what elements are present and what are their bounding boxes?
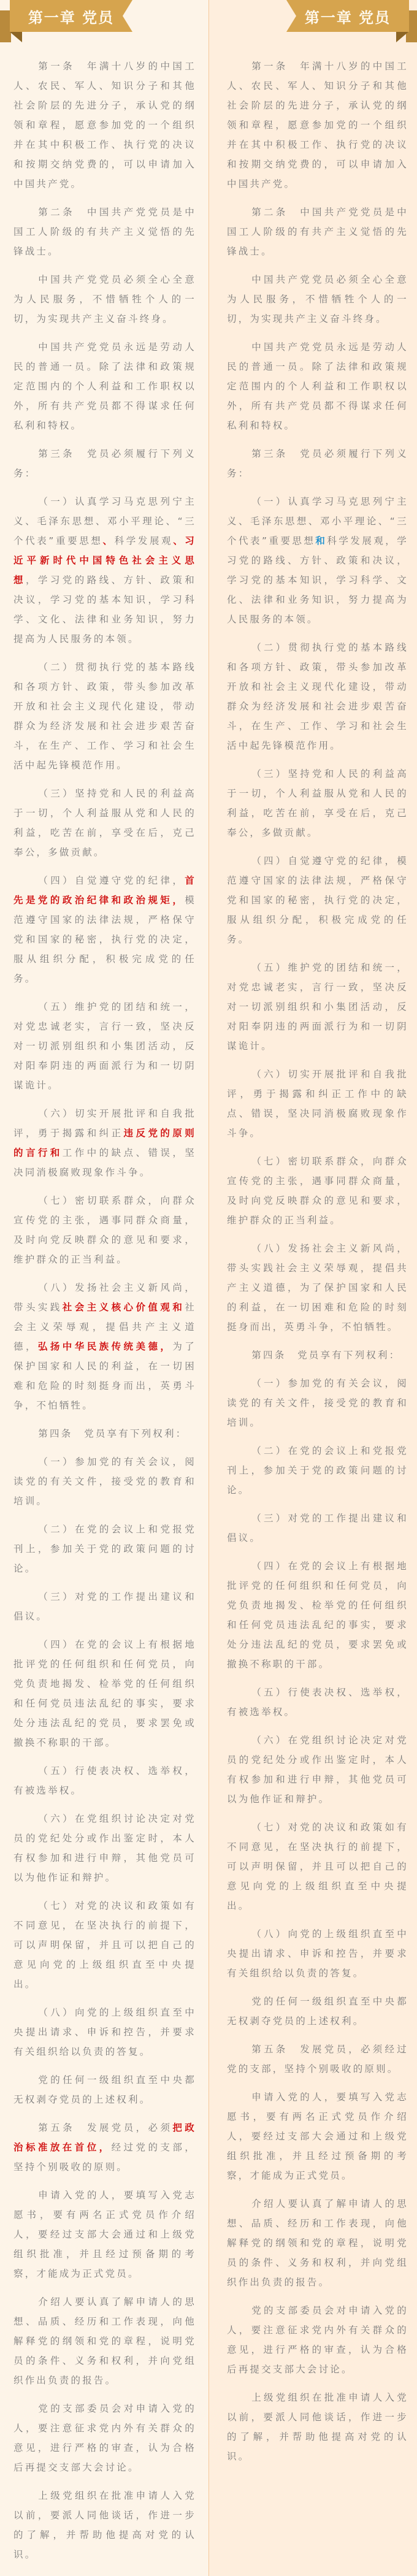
paragraph: 第二条 中国共产党党员是中国工人阶级的有共产主义觉悟的先锋战士。: [227, 202, 408, 261]
text-segment: 介绍人要认真了解申请人的思想、品质、经历和工作表现，向他解释党的纲领和党的章程，…: [13, 2296, 196, 2386]
text-segment: （八）向党的上级组织直至中央提出请求、申诉和控告，并要求有关组织给以负责的答复。: [13, 2007, 196, 2057]
text-segment: 第四条 党员享有下列权利：: [251, 1350, 400, 1361]
text-segment: （三）对党的工作提出建议和倡议。: [227, 1513, 408, 1543]
paragraph: 上级党组织在批准申请人入党以前，要派人同他谈话，作进一步的了解，并帮助他提高对党…: [13, 2486, 196, 2564]
ribbon-fold: [396, 32, 408, 42]
text-segment: 党的任何一级组织直至中央都无权剥夺党员的上述权利。: [227, 1996, 408, 2027]
text-segment: （六）在党组织讨论决定对党员的党纪处分或作出鉴定时，本人有权参加和进行申辩，其他…: [227, 1735, 408, 1805]
text-segment: 中国共产党党员必须全心全意为人民服务，不惜牺牲个人的一切，为实现共产主义奋斗终身…: [227, 274, 408, 324]
paragraph: 第一条 年满十八岁的中国工人、农民、军人、知识分子和其他社会阶层的先进分子，承认…: [13, 56, 196, 194]
chapter-ribbon: 第一章 党员: [0, 0, 208, 43]
added-text: 社会主义核心价值观和: [63, 1302, 185, 1313]
paragraph: （七）对党的决议和政策如有不同意见，在坚决执行的前提下，可以声明保留，并且可以把…: [227, 1817, 408, 1916]
paragraph: （七）对党的决议和政策如有不同意见，在坚决执行的前提下，可以声明保留，并且可以把…: [13, 1896, 196, 1994]
paragraph: 中国共产党党员必须全心全意为人民服务，不惜牺牲个人的一切，为实现共产主义奋斗终身…: [227, 270, 408, 329]
paragraph: （六）在党组织讨论决定对党员的党纪处分或作出鉴定时，本人有权参加和进行申辩，其他…: [227, 1730, 408, 1809]
text-segment: 第五条 发展党员，必须: [38, 2122, 172, 2133]
paragraph: （六）切实开展批评和自我批评，勇于揭露和纠正违反党的原则的言行和工作中的缺点、错…: [13, 1104, 196, 1182]
text-segment: （七）对党的决议和政策如有不同意见，在坚决执行的前提下，可以声明保留，并且可以把…: [13, 1900, 196, 1990]
paragraph: （七）密切联系群众，向群众宣传党的主张，遇事同群众商量，及时向党反映群众的意见和…: [227, 1152, 408, 1230]
paragraph: （四）在党的会议上有根据地批评党的任何组织和任何党员，向党负责地揭发、检举党的任…: [13, 1635, 196, 1752]
text-segment: 上级党组织在批准申请人入党以前，要派人同他谈话，作进一步的了解，并帮助他提高对党…: [227, 2392, 408, 2462]
text-segment: （三）对党的工作提出建议和倡议。: [13, 1591, 196, 1622]
paragraph: 介绍人要认真了解申请人的思想、品质、经历和工作表现，向他解释党的纲领和党的章程，…: [13, 2292, 196, 2390]
paragraph: （二）在党的会议上和党报党刊上，参加关于党的政策问题的讨论。: [13, 1519, 196, 1578]
paragraph: （八）发扬社会主义新风尚，带头实践社会主义核心价值观和社会主义荣辱观，提倡共产主…: [13, 1278, 196, 1415]
paragraph: （六）切实开展批评和自我批评，勇于揭露和纠正工作中的缺点、错误，坚决同消极腐败现…: [227, 1064, 408, 1143]
paragraph: 上级党组织在批准申请人入党以前，要派人同他谈话，作进一步的了解，并帮助他提高对党…: [227, 2388, 408, 2466]
paragraph: 党的任何一级组织直至中央都无权剥夺党员的上述权利。: [13, 2070, 196, 2109]
paragraph: （一）认真学习马克思列宁主义、毛泽东思想、邓小平理论、“三个代表”重要思想和科学…: [227, 492, 408, 629]
paragraph: （四）自觉遵守党的纪律，模范遵守国家的法律法规，严格保守党和国家的秘密，执行党的…: [227, 851, 408, 949]
chapter-title: 第一章 党员: [286, 0, 409, 32]
left-column-new-version: 第一章 党员 第一条 年满十八岁的中国工人、农民、军人、知识分子和其他社会阶层的…: [0, 0, 208, 2576]
text-segment: （五）维护党的团结和统一，对党忠诚老实，言行一致，坚决反对一切派别组织和小集团活…: [13, 1001, 196, 1091]
paragraph: （一）参加党的有关会议，阅读党的有关文件，接受党的教育和培训。: [13, 1452, 196, 1511]
text-segment: （七）对党的决议和政策如有不同意见，在坚决执行的前提下，可以声明保留，并且可以把…: [227, 1822, 408, 1911]
text-segment: 中国共产党党员永远是劳动人民的普通一员。除了法律和政策规定范围内的个人利益和工作…: [13, 342, 196, 431]
text-segment: 模范遵守国家的法律法规，严格保守党和国家的秘密，执行党的决定，服从组织分配，积极…: [13, 895, 196, 984]
article-text: 第一条 年满十八岁的中国工人、农民、军人、知识分子和其他社会阶层的先进分子，承认…: [209, 43, 417, 2466]
paragraph: 第四条 党员享有下列权利：: [227, 1345, 408, 1365]
chapter-title: 第一章 党员: [10, 0, 132, 32]
text-segment: 党的任何一级组织直至中央都无权剥夺党员的上述权利。: [13, 2074, 196, 2105]
text-segment: 第一条 年满十八岁的中国工人、农民、军人、知识分子和其他社会阶层的先进分子，承认…: [13, 61, 196, 189]
text-segment: 申请入党的人，要填写入党志愿书，要有两名正式党员作介绍人，要经过支部大会通过和上…: [227, 2092, 408, 2181]
paragraph: （一）参加党的有关会议，阅读党的有关文件，接受党的教育和培训。: [227, 1374, 408, 1432]
paragraph: 第五条 发展党员，必须把政治标准放在首位，经过党的支部，坚持个别吸收的原则。: [13, 2118, 196, 2177]
paragraph: 党的支部委员会对申请入党的人，要注意征求党内外有关群众的意见，进行严格的审查，认…: [227, 2301, 408, 2379]
text-segment: 第二条 中国共产党党员是中国工人阶级的有共产主义觉悟的先锋战士。: [13, 207, 196, 257]
comparison-page: 第一章 党员 第一条 年满十八岁的中国工人、农民、军人、知识分子和其他社会阶层的…: [0, 0, 417, 2576]
paragraph: （七）密切联系群众，向群众宣传党的主张，遇事同群众商量，及时向党反映群众的意见和…: [13, 1191, 196, 1269]
text-segment: （二）贯彻执行党的基本路线和各项方针、政策，带头参加改革开放和社会主义现代化建设…: [13, 662, 196, 771]
paragraph: （四）在党的会议上有根据地批评党的任何组织和任何党员，向党负责地揭发、检举党的任…: [227, 1556, 408, 1674]
added-text: 弘扬中华民族传统美德，: [38, 1341, 172, 1352]
text-segment: （七）密切联系群众，向群众宣传党的主张，遇事同群众商量，及时向党反映群众的意见和…: [227, 1156, 408, 1226]
paragraph: （三）对党的工作提出建议和倡议。: [13, 1587, 196, 1626]
ribbon-fold: [10, 32, 22, 42]
text-segment: 第五条 发展党员，必须经过党的支部，坚持个别吸收的原则。: [227, 2044, 408, 2074]
paragraph: 介绍人要认真了解申请人的思想、品质、经历和工作表现，向他解释党的纲领和党的章程，…: [227, 2194, 408, 2292]
text-segment: 第一条 年满十八岁的中国工人、农民、军人、知识分子和其他社会阶层的先进分子，承认…: [227, 61, 408, 189]
paragraph: 党的任何一级组织直至中央都无权剥夺党员的上述权利。: [227, 1992, 408, 2031]
paragraph: （二）贯彻执行党的基本路线和各项方针、政策，带头参加改革开放和社会主义现代化建设…: [227, 638, 408, 755]
text-segment: （八）发扬社会主义新风尚，带头实践社会主义荣辱观，提倡共产主义道德，为了保护国家…: [227, 1243, 408, 1332]
text-segment: （五）行使表决权、选举权，有被选举权。: [227, 1687, 408, 1718]
paragraph: 第三条 党员必须履行下列义务：: [13, 444, 196, 483]
text-segment: （四）自觉遵守党的纪律，: [38, 875, 185, 886]
text-segment: （二）贯彻执行党的基本路线和各项方针、政策，带头参加改革开放和社会主义现代化建设…: [227, 642, 408, 751]
paragraph: （五）行使表决权、选举权，有被选举权。: [13, 1761, 196, 1800]
text-segment: （七）密切联系群众，向群众宣传党的主张，遇事同群众商量，及时向党反映群众的意见和…: [13, 1195, 196, 1265]
paragraph: （二）贯彻执行党的基本路线和各项方针、政策，带头参加改革开放和社会主义现代化建设…: [13, 657, 196, 775]
text-segment: （五）行使表决权、选举权，有被选举权。: [13, 1765, 196, 1796]
removed-text: 和: [315, 535, 327, 546]
text-segment: 科学发展观: [115, 535, 174, 546]
paragraph: 中国共产党党员永远是劳动人民的普通一员。除了法律和政策规定范围内的个人利益和工作…: [227, 337, 408, 435]
text-segment: 申请入党的人，要填写入党志愿书，要有两名正式党员作介绍人，要经过支部大会通过和上…: [13, 2190, 196, 2279]
text-segment: 介绍人要认真了解申请人的思想、品质、经历和工作表现，向他解释党的纲领和党的章程，…: [227, 2198, 408, 2288]
added-text: 、: [102, 535, 114, 546]
text-segment: 上级党组织在批准申请人入党以前，要派人同他谈话，作进一步的了解，并帮助他提高对党…: [13, 2490, 196, 2560]
paragraph: （六）在党组织讨论决定对党员的党纪处分或作出鉴定时，本人有权参加和进行申辩，其他…: [13, 1809, 196, 1887]
paragraph: （五）维护党的团结和统一，对党忠诚老实，言行一致，坚决反对一切派别组织和小集团活…: [227, 958, 408, 1056]
text-segment: （六）在党组织讨论决定对党员的党纪处分或作出鉴定时，本人有权参加和进行申辩，其他…: [13, 1813, 196, 1883]
text-segment: （一）参加党的有关会议，阅读党的有关文件，接受党的教育和培训。: [13, 1456, 196, 1507]
text-segment: 科学发展观，学习党的路线、方针、政策和决议，学习党的基本知识，学习科学、文化、法…: [227, 535, 408, 625]
text-segment: （二）在党的会议上和党报党刊上，参加关于党的政策问题的讨论。: [13, 1524, 196, 1574]
text-segment: 第四条 党员享有下列权利：: [38, 1428, 187, 1439]
paragraph: 第五条 发展党员，必须经过党的支部，坚持个别吸收的原则。: [227, 2039, 408, 2079]
paragraph: （三）坚持党和人民的利益高于一切，个人利益服从党和人民的利益，吃苦在前，享受在后…: [227, 764, 408, 843]
paragraph: 第三条 党员必须履行下列义务：: [227, 444, 408, 483]
paragraph: （五）行使表决权、选举权，有被选举权。: [227, 1683, 408, 1722]
paragraph: 第二条 中国共产党党员是中国工人阶级的有共产主义觉悟的先锋战士。: [13, 202, 196, 261]
text-segment: （四）在党的会议上有根据地批评党的任何组织和任何党员，向党负责地揭发、检举党的任…: [227, 1561, 408, 1670]
text-segment: （一）参加党的有关会议，阅读党的有关文件，接受党的教育和培训。: [227, 1378, 408, 1428]
text-segment: 中国共产党党员永远是劳动人民的普通一员。除了法律和政策规定范围内的个人利益和工作…: [227, 342, 408, 431]
paragraph: （八）发扬社会主义新风尚，带头实践社会主义荣辱观，提倡共产主义道德，为了保护国家…: [227, 1239, 408, 1337]
paragraph: 党的支部委员会对申请入党的人，要注意征求党内外有关群众的意见，进行严格的审查，认…: [13, 2399, 196, 2477]
paragraph: 第一条 年满十八岁的中国工人、农民、军人、知识分子和其他社会阶层的先进分子，承认…: [227, 56, 408, 194]
text-segment: 第三条 党员必须履行下列义务：: [13, 448, 196, 479]
paragraph: （三）对党的工作提出建议和倡议。: [227, 1508, 408, 1548]
paragraph: 申请入党的人，要填写入党志愿书，要有两名正式党员作介绍人，要经过支部大会通过和上…: [227, 2087, 408, 2185]
text-segment: ，学习党的路线、方针、政策和决议，学习党的基本知识，学习科学、文化、法律和业务知…: [13, 575, 196, 644]
text-segment: （三）坚持党和人民的利益高于一切，个人利益服从党和人民的利益，吃苦在前，享受在后…: [227, 768, 408, 838]
paragraph: （三）坚持党和人民的利益高于一切，个人利益服从党和人民的利益，吃苦在前，享受在后…: [13, 784, 196, 862]
text-segment: 第二条 中国共产党党员是中国工人阶级的有共产主义觉悟的先锋战士。: [227, 207, 408, 257]
text-segment: 党的支部委员会对申请入党的人，要注意征求党内外有关群众的意见，进行严格的审查，认…: [227, 2305, 408, 2375]
text-segment: （二）在党的会议上和党报党刊上，参加关于党的政策问题的讨论。: [227, 1445, 408, 1496]
text-segment: 第三条 党员必须履行下列义务：: [227, 448, 408, 479]
paragraph: （一）认真学习马克思列宁主义、毛泽东思想、邓小平理论、“三个代表”重要思想、科学…: [13, 492, 196, 649]
chapter-ribbon: 第一章 党员: [209, 0, 417, 43]
paragraph: 申请入党的人，要填写入党志愿书，要有两名正式党员作介绍人，要经过支部大会通过和上…: [13, 2185, 196, 2284]
paragraph: （二）在党的会议上和党报党刊上，参加关于党的政策问题的讨论。: [227, 1441, 408, 1500]
text-segment: （三）坚持党和人民的利益高于一切，个人利益服从党和人民的利益，吃苦在前，享受在后…: [13, 788, 196, 858]
text-segment: （四）在党的会议上有根据地批评党的任何组织和任何党员，向党负责地揭发、检举党的任…: [13, 1639, 196, 1748]
right-column-old-version: 第一章 党员 第一条 年满十八岁的中国工人、农民、军人、知识分子和其他社会阶层的…: [208, 0, 417, 2576]
paragraph: 第四条 党员享有下列权利：: [13, 1424, 196, 1443]
text-segment: （六）切实开展批评和自我批评，勇于揭露和纠正工作中的缺点、错误，坚决同消极腐败现…: [227, 1069, 408, 1139]
text-segment: （四）自觉遵守党的纪律，模范遵守国家的法律法规，严格保守党和国家的秘密，执行党的…: [227, 855, 408, 945]
text-segment: 中国共产党党员必须全心全意为人民服务，不惜牺牲个人的一切，为实现共产主义奋斗终身…: [13, 274, 196, 324]
paragraph: （八）向党的上级组织直至中央提出请求、申诉和控告，并要求有关组织给以负责的答复。: [13, 2003, 196, 2062]
text-segment: 党的支部委员会对申请入党的人，要注意征求党内外有关群众的意见，进行严格的审查，认…: [13, 2403, 196, 2473]
paragraph: （五）维护党的团结和统一，对党忠诚老实，言行一致，坚决反对一切派别组织和小集团活…: [13, 997, 196, 1095]
article-text: 第一条 年满十八岁的中国工人、农民、军人、知识分子和其他社会阶层的先进分子，承认…: [0, 43, 208, 2564]
text-segment: （五）维护党的团结和统一，对党忠诚老实，言行一致，坚决反对一切派别组织和小集团活…: [227, 962, 408, 1052]
paragraph: （四）自觉遵守党的纪律，首先是党的政治纪律和政治规矩，模范遵守国家的法律法规，严…: [13, 871, 196, 988]
text-segment: （八）向党的上级组织直至中央提出请求、申诉和控告，并要求有关组织给以负责的答复。: [227, 1928, 408, 1979]
paragraph: （八）向党的上级组织直至中央提出请求、申诉和控告，并要求有关组织给以负责的答复。: [227, 1924, 408, 1983]
paragraph: 中国共产党党员永远是劳动人民的普通一员。除了法律和政策规定范围内的个人利益和工作…: [13, 337, 196, 435]
paragraph: 中国共产党党员必须全心全意为人民服务，不惜牺牲个人的一切，为实现共产主义奋斗终身…: [13, 270, 196, 329]
